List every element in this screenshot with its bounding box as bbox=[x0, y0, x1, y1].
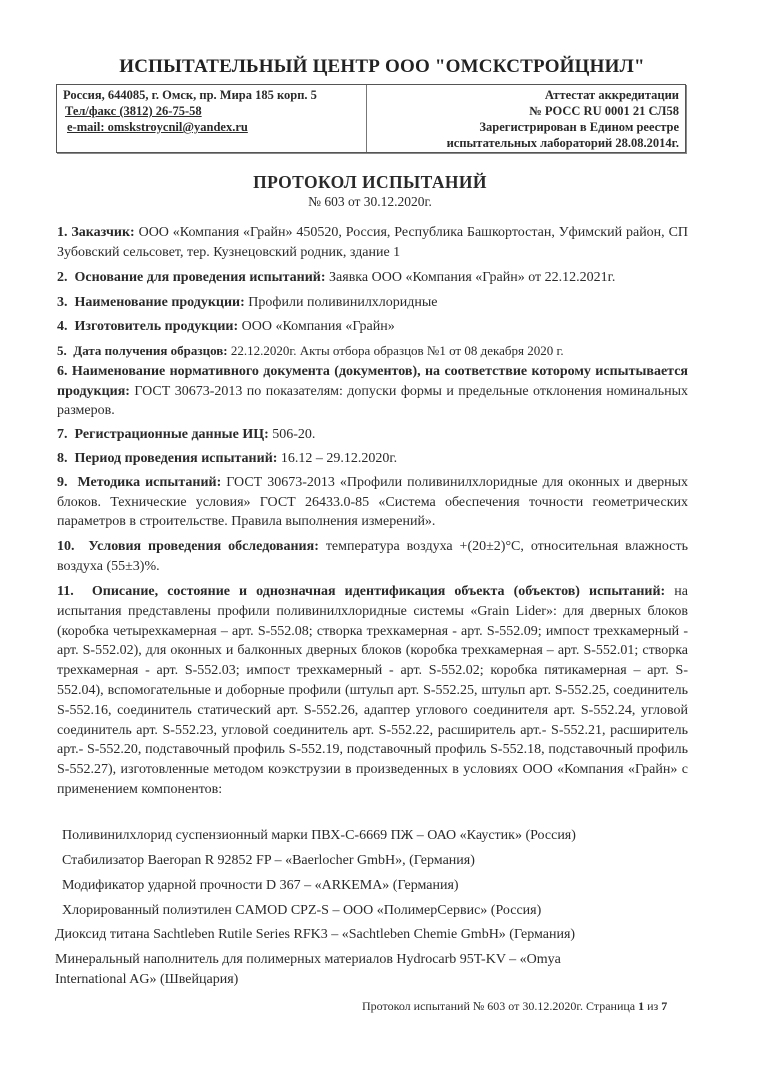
item-text: ООО «Компания «Грайн» 450520, Россия, Ре… bbox=[57, 225, 688, 260]
email-link[interactable]: e-mail: omskstroycnil@yandex.ru bbox=[63, 119, 366, 135]
section-4: 4. Изготовитель продукции: ООО «Компания… bbox=[57, 317, 688, 337]
section-7: 7. Регистрационные данные ИЦ: 506-20. bbox=[57, 425, 688, 445]
organization-title: ИСПЫТАТЕЛЬНЫЙ ЦЕНТР ООО "ОМСКСТРОЙЦНИЛ" bbox=[0, 56, 764, 78]
item-label: Изготовитель продукции: bbox=[75, 319, 239, 334]
item-text: ГОСТ 30673-2013 по показателям: допуски … bbox=[57, 384, 688, 419]
footer-text: Протокол испытаний № 603 от 30.12.2020г.… bbox=[362, 999, 638, 1013]
footer-of: из bbox=[644, 999, 661, 1013]
section-2: 2. Основание для проведения испытаний: З… bbox=[57, 268, 688, 288]
item-number: 10. bbox=[57, 539, 75, 554]
section-3: 3. Наименование продукции: Профили полив… bbox=[57, 293, 688, 313]
section-9: 9. Методика испытаний: ГОСТ 30673-2013 «… bbox=[57, 473, 688, 532]
section-6: 6. Наименование нормативного документа (… bbox=[57, 362, 688, 421]
component-item: Диоксид титана Sachtleben Rutile Series … bbox=[55, 925, 575, 945]
item-text: Профили поливинилхлоридные bbox=[245, 295, 438, 310]
item-label: Наименование продукции: bbox=[75, 295, 245, 310]
component-item: Стабилизатор Baeropan R 92852 FP – «Baer… bbox=[62, 851, 475, 871]
item-number: 11. bbox=[57, 584, 74, 599]
component-item: International AG» (Швейцария) bbox=[55, 970, 238, 990]
document-number: № 603 от 30.12.2020г. bbox=[0, 194, 740, 210]
item-number: 4. bbox=[57, 319, 68, 334]
item-label: Дата получения образцов: bbox=[73, 343, 227, 358]
component-item: Модификатор ударной прочности D 367 – «A… bbox=[62, 876, 459, 896]
item-number: 1. bbox=[57, 225, 68, 240]
item-text: 16.12 – 29.12.2020г. bbox=[277, 451, 397, 466]
item-text: 22.12.2020г. Акты отбора образцов №1 от … bbox=[228, 343, 564, 358]
component-item: Хлорированный полиэтилен CAMOD CPZ-S – О… bbox=[62, 901, 541, 921]
item-number: 9. bbox=[57, 475, 68, 490]
accreditation-label: Аттестат аккредитации bbox=[367, 87, 679, 103]
header-info-box: Россия, 644085, г. Омск, пр. Мира 185 ко… bbox=[56, 84, 686, 153]
item-label: Условия проведения обследования: bbox=[88, 539, 318, 554]
item-label: Методика испытаний: bbox=[78, 475, 222, 490]
component-item: Минеральный наполнитель для полимерных м… bbox=[55, 950, 561, 970]
accreditation-number: № РОСС RU 0001 21 СЛ58 bbox=[367, 103, 679, 119]
item-number: 8. bbox=[57, 451, 68, 466]
registry-line-2: испытательных лабораторий 28.08.2014г. bbox=[367, 135, 679, 151]
item-label: Заказчик: bbox=[71, 225, 134, 240]
section-5: 5. Дата получения образцов: 22.12.2020г.… bbox=[57, 341, 688, 361]
item-number: 2. bbox=[57, 270, 68, 285]
item-number: 5. bbox=[57, 343, 67, 358]
item-text: на испытания представлены профили поливи… bbox=[57, 584, 688, 797]
section-10: 10. Условия проведения обследования: тем… bbox=[57, 537, 688, 576]
item-text: 506-20. bbox=[269, 427, 316, 442]
item-number: 3. bbox=[57, 295, 68, 310]
document-title: ПРОТОКОЛ ИСПЫТАНИЙ bbox=[0, 172, 740, 193]
phone-fax: Тел/факс (3812) 26-75-58 bbox=[63, 103, 366, 119]
address: Россия, 644085, г. Омск, пр. Мира 185 ко… bbox=[63, 88, 317, 102]
accreditation-block: Аттестат аккредитации № РОСС RU 0001 21 … bbox=[367, 85, 685, 152]
page-total: 7 bbox=[661, 999, 667, 1013]
item-text: Заявка ООО «Компания «Грайн» от 22.12.20… bbox=[326, 270, 616, 285]
page-footer: Протокол испытаний № 603 от 30.12.2020г.… bbox=[362, 999, 667, 1014]
section-1: 1. Заказчик: ООО «Компания «Грайн» 45052… bbox=[57, 223, 688, 262]
item-label: Основание для проведения испытаний: bbox=[75, 270, 326, 285]
section-8: 8. Период проведения испытаний: 16.12 – … bbox=[57, 449, 688, 469]
item-label: Период проведения испытаний: bbox=[75, 451, 278, 466]
item-label: Регистрационные данные ИЦ: bbox=[75, 427, 269, 442]
component-item: Поливинилхлорид суспензионный марки ПВХ-… bbox=[62, 826, 576, 846]
registry-line-1: Зарегистрирован в Едином реестре bbox=[367, 119, 679, 135]
item-label: Описание, состояние и однозначная иденти… bbox=[92, 584, 665, 599]
section-11: 11. Описание, состояние и однозначная ид… bbox=[57, 582, 688, 800]
item-text: ООО «Компания «Грайн» bbox=[238, 319, 395, 334]
item-number: 6. bbox=[57, 364, 68, 379]
contact-block: Россия, 644085, г. Омск, пр. Мира 185 ко… bbox=[57, 85, 367, 152]
item-number: 7. bbox=[57, 427, 68, 442]
